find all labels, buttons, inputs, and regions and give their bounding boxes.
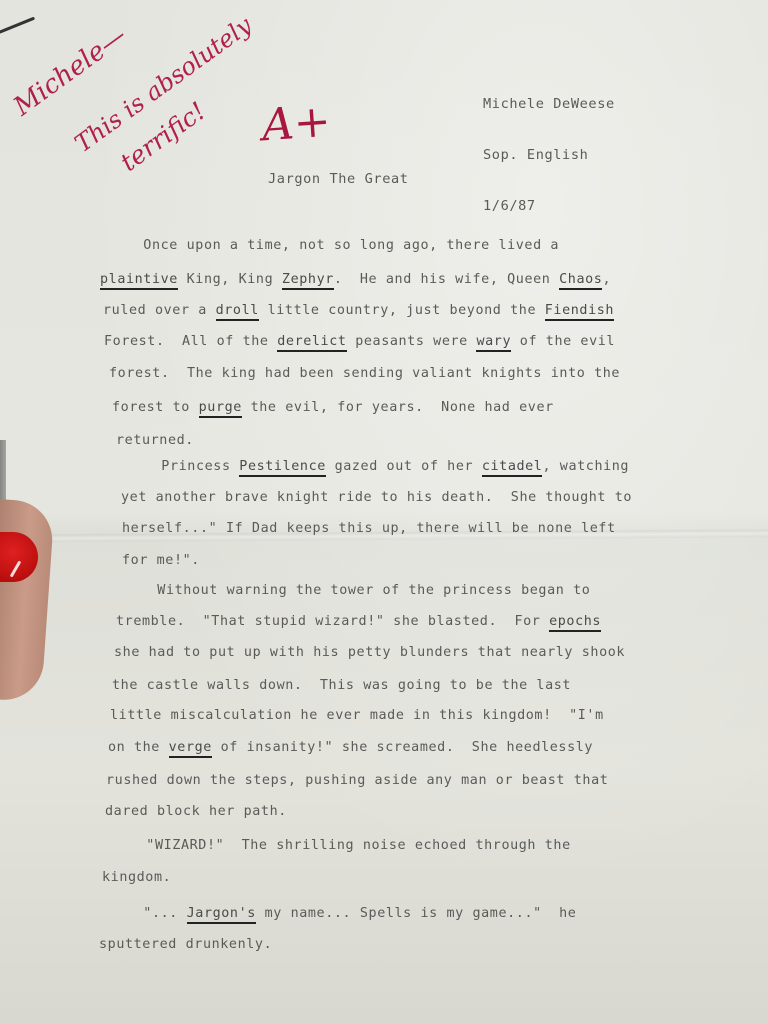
story-line: "... Jargon's my name... Spells is my ga…: [100, 906, 576, 921]
story-line: tremble. "That stupid wizard!" she blast…: [116, 614, 601, 629]
story-line: plaintive King, King Zephyr. He and his …: [100, 272, 611, 287]
grade-mark: A+: [260, 96, 332, 152]
line-text: Princess: [118, 459, 239, 474]
header-block: Michele DeWeese Sop. English 1/6/87: [483, 62, 615, 249]
underlined-vocab-word: citadel: [482, 459, 543, 477]
story-line: forest. The king had been sending valian…: [109, 366, 620, 381]
line-text: on the: [108, 740, 169, 755]
story-line: Once upon a time, not so long ago, there…: [100, 238, 559, 253]
line-text: Once upon a time, not so long ago, there…: [100, 238, 559, 253]
underlined-vocab-word: Pestilence: [239, 459, 326, 477]
photo: Michele— This is absolutely terrific! A+…: [0, 0, 768, 1024]
line-text: . He and his wife, Queen: [334, 272, 559, 287]
story-line: Forest. All of the derelict peasants wer…: [104, 334, 615, 349]
underlined-vocab-word: Fiendish: [545, 303, 614, 321]
line-text: little miscalculation he ever made in th…: [110, 708, 604, 723]
story-line: kingdom.: [102, 870, 171, 885]
underlined-vocab-word: wary: [476, 334, 511, 352]
line-text: peasants were: [347, 334, 477, 349]
story-line: for me!".: [122, 553, 200, 568]
story-line: forest to purge the evil, for years. Non…: [112, 400, 554, 415]
underlined-vocab-word: Chaos: [559, 272, 602, 290]
story-line: the castle walls down. This was going to…: [112, 678, 571, 693]
line-text: , watching: [542, 459, 629, 474]
line-text: "...: [100, 906, 187, 921]
story-line: little miscalculation he ever made in th…: [110, 708, 604, 723]
line-text: sputtered drunkenly.: [99, 937, 272, 952]
class-name: Sop. English: [483, 147, 615, 164]
underlined-vocab-word: droll: [216, 303, 259, 321]
underlined-vocab-word: derelict: [277, 334, 346, 352]
line-text: returned.: [116, 433, 194, 448]
line-text: Forest. All of the: [104, 334, 277, 349]
line-text: ,: [602, 272, 611, 287]
line-text: dared block her path.: [105, 804, 287, 819]
line-text: kingdom.: [102, 870, 171, 885]
story-line: Princess Pestilence gazed out of her cit…: [118, 459, 629, 474]
line-text: the evil, for years. None had ever: [242, 400, 554, 415]
story-line: she had to put up with his petty blunder…: [114, 645, 625, 660]
line-text: of insanity!" she screamed. She heedless…: [212, 740, 593, 755]
story-line: herself..." If Dad keeps this up, there …: [122, 521, 616, 536]
line-text: my name... Spells is my game..." he: [256, 906, 577, 921]
underlined-vocab-word: epochs: [549, 614, 601, 632]
line-text: little country, just beyond the: [259, 303, 545, 318]
story-title: Jargon The Great: [268, 171, 409, 187]
underlined-vocab-word: Zephyr: [282, 272, 334, 290]
story-line: returned.: [116, 433, 194, 448]
line-text: herself..." If Dad keeps this up, there …: [122, 521, 616, 536]
underlined-vocab-word: Jargon's: [187, 906, 256, 924]
story-line: on the verge of insanity!" she screamed.…: [108, 740, 593, 755]
story-line: "WIZARD!" The shrilling noise echoed thr…: [103, 838, 571, 853]
line-text: forest. The king had been sending valian…: [109, 366, 620, 381]
line-text: "WIZARD!" The shrilling noise echoed thr…: [103, 838, 571, 853]
underlined-vocab-word: plaintive: [100, 272, 178, 290]
author-name: Michele DeWeese: [483, 96, 615, 113]
story-line: sputtered drunkenly.: [99, 937, 272, 952]
story-line: Without warning the tower of the princes…: [114, 583, 590, 598]
line-text: she had to put up with his petty blunder…: [114, 645, 625, 660]
line-text: yet another brave knight ride to his dea…: [121, 490, 632, 505]
date: 1/6/87: [483, 198, 615, 215]
line-text: gazed out of her: [326, 459, 482, 474]
story-line: ruled over a droll little country, just …: [103, 303, 614, 318]
line-text: ruled over a: [103, 303, 216, 318]
line-text: rushed down the steps, pushing aside any…: [106, 773, 608, 788]
underlined-vocab-word: purge: [199, 400, 242, 418]
line-text: tremble. "That stupid wizard!" she blast…: [116, 614, 549, 629]
line-text: Without warning the tower of the princes…: [114, 583, 590, 598]
story-line: rushed down the steps, pushing aside any…: [106, 773, 608, 788]
line-text: forest to: [112, 400, 199, 415]
line-text: King, King: [178, 272, 282, 287]
line-text: of the evil: [511, 334, 615, 349]
underlined-vocab-word: verge: [169, 740, 212, 758]
line-text: the castle walls down. This was going to…: [112, 678, 571, 693]
story-line: yet another brave knight ride to his dea…: [121, 490, 632, 505]
story-line: dared block her path.: [105, 804, 287, 819]
line-text: for me!".: [122, 553, 200, 568]
